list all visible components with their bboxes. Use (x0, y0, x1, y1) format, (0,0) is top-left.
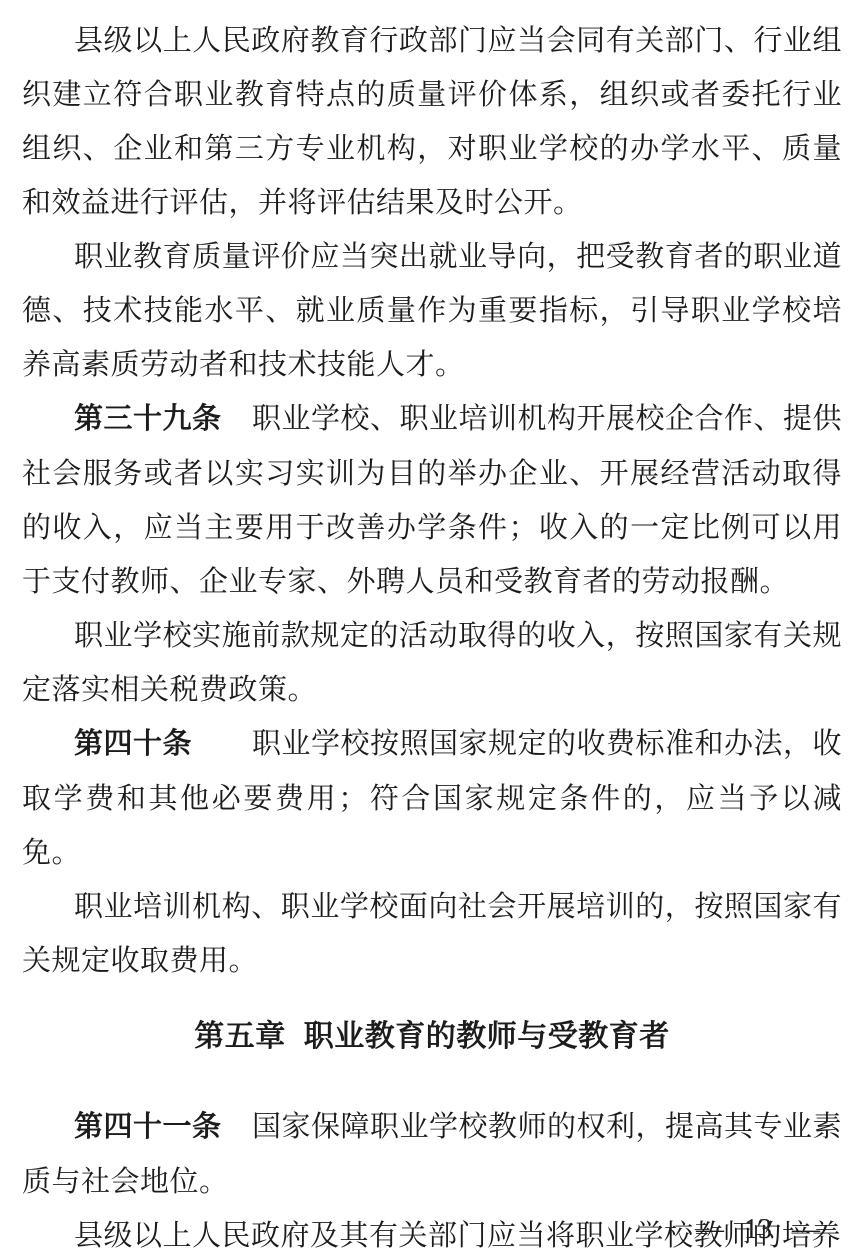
paragraph-text: 职业培训机构、职业学校面向社会开展培训的，按照国家有关规定收取费用。 (22, 889, 842, 977)
paragraph-6: 职业培训机构、职业学校面向社会开展培训的，按照国家有关规定收取费用。 (22, 879, 842, 987)
article-number-39: 第三十九条 (74, 392, 252, 446)
page-number: 13 (744, 1213, 772, 1247)
paragraph-1: 县级以上人民政府教育行政部门应当会同有关部门、行业组织建立符合职业教育特点的质量… (22, 13, 842, 229)
document-page: 县级以上人民政府教育行政部门应当会同有关部门、行业组织建立符合职业教育特点的质量… (0, 0, 852, 1259)
chapter-number: 第五章 (194, 1020, 286, 1053)
article-number-41: 第四十一条 (74, 1100, 252, 1154)
article-number-40: 第四十条 (74, 717, 252, 771)
chapter-heading: 第五章职业教育的教师与受教育者 (22, 1010, 842, 1064)
footer-dash-right: — (792, 1213, 820, 1247)
paragraph-text: 职业学校实施前款规定的活动取得的收入，按照国家有关规定落实相关税费政策。 (22, 618, 842, 706)
chapter-title: 职业教育的教师与受教育者 (304, 1020, 670, 1053)
paragraph-text: 职业教育质量评价应当突出就业导向，把受教育者的职业道德、技术技能水平、就业质量作… (22, 239, 842, 381)
document-body: 县级以上人民政府教育行政部门应当会同有关部门、行业组织建立符合职业教育特点的质量… (22, 13, 842, 1259)
paragraph-2: 职业教育质量评价应当突出就业导向，把受教育者的职业道德、技术技能水平、就业质量作… (22, 229, 842, 391)
paragraph-7: 第四十一条国家保障职业学校教师的权利，提高其专业素质与社会地位。 (22, 1099, 842, 1208)
footer-dash-left: — (696, 1213, 724, 1247)
paragraph-3: 第三十九条职业学校、职业培训机构开展校企合作、提供社会服务或者以实习实训为目的举… (22, 391, 842, 608)
page-footer: — 13 — (696, 1213, 820, 1247)
paragraph-4: 职业学校实施前款规定的活动取得的收入，按照国家有关规定落实相关税费政策。 (22, 608, 842, 716)
paragraph-text: 县级以上人民政府教育行政部门应当会同有关部门、行业组织建立符合职业教育特点的质量… (22, 23, 842, 219)
paragraph-5: 第四十条职业学校按照国家规定的收费标准和办法，收取学费和其他必要费用；符合国家规… (22, 716, 842, 879)
